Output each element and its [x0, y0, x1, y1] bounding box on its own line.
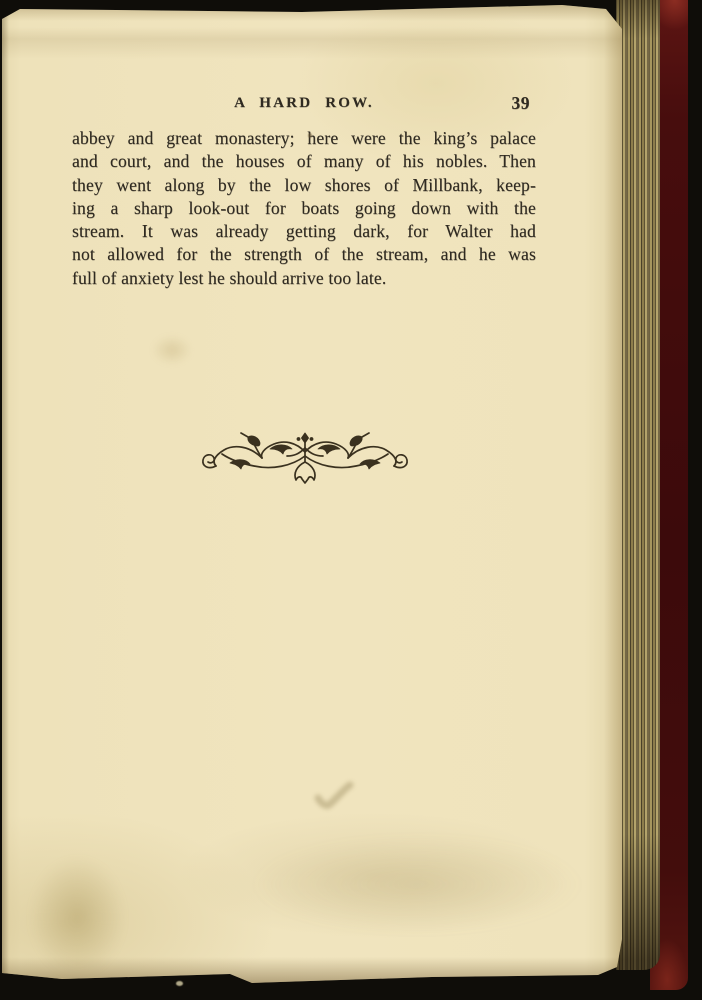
paragraph-line: and court, and the houses of many of his…	[72, 150, 536, 173]
paragraph-line: not allowed for the strength of the stre…	[72, 243, 536, 266]
paper-stain	[252, 837, 582, 932]
flourish-left-wing	[203, 433, 305, 469]
running-header: A HARD ROW. 39	[72, 95, 536, 117]
paragraph-line: ing a sharp look-out for boats going dow…	[72, 197, 536, 220]
smudge-mark	[311, 776, 355, 814]
ink-fleck	[308, 133, 312, 138]
flourish-center	[287, 433, 323, 483]
paragraph-line: abbey and great monastery; here were the…	[72, 127, 536, 150]
page-number: 39	[512, 93, 531, 114]
floral-flourish-icon	[200, 432, 410, 484]
running-header-title: A HARD ROW.	[72, 95, 536, 112]
paper-stain	[152, 335, 192, 365]
book-page: A HARD ROW. 39 abbey and great monastery…	[2, 5, 622, 983]
book-scan-photo: A HARD ROW. 39 abbey and great monastery…	[0, 0, 702, 1000]
dust-speck	[176, 981, 183, 986]
paragraph-line: they went along by the low shores of Mil…	[72, 174, 536, 197]
paragraph-line: full of anxiety lest he should arrive to…	[72, 267, 536, 290]
paper-stain	[30, 857, 125, 977]
paragraph: abbey and great monastery; here were the…	[72, 127, 536, 290]
page-edges-stack	[616, 0, 660, 970]
paragraph-line: stream. It was already getting dark, for…	[72, 220, 536, 243]
